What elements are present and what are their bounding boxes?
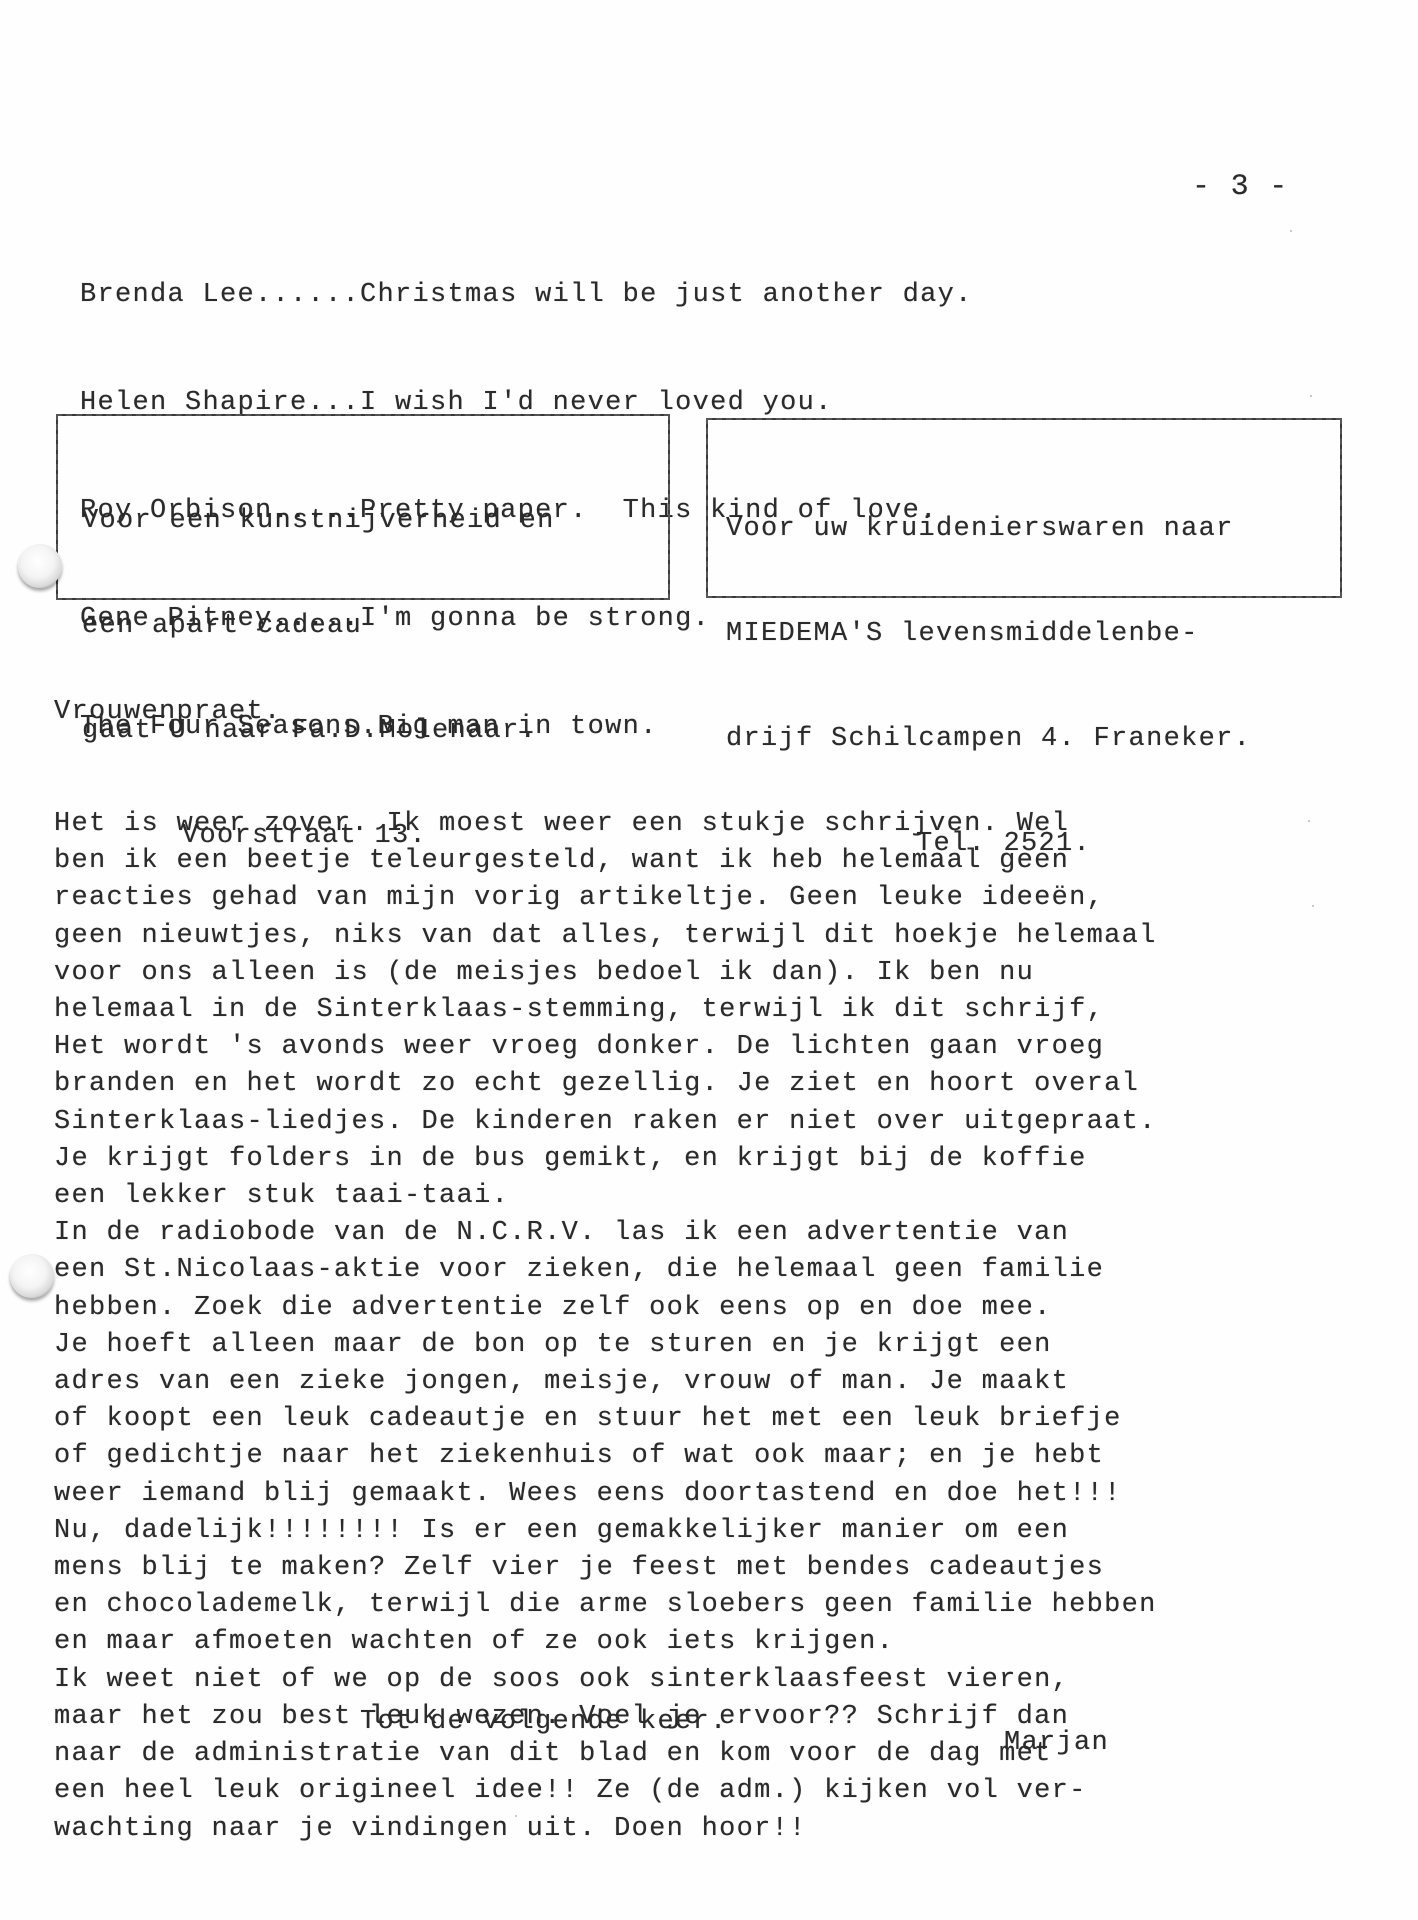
article-body: Het is weer zover. Ik moest weer een stu… (54, 806, 1157, 1848)
article-line: Ik weet niet of we op de soos ook sinter… (54, 1662, 1157, 1699)
advertisement-molenaar: Voor een kunstnijverheid en een apart ca… (56, 414, 670, 600)
article-line: Je krijgt folders in de bus gemikt, en k… (54, 1141, 1157, 1178)
article-line: ben ik een beetje teleurgesteld, want ik… (54, 843, 1157, 880)
article-line: Nu, dadelijk!!!!!!!! Is er een gemakkeli… (54, 1513, 1157, 1550)
typewritten-page: - 3 - Brenda Lee......Christmas will be … (0, 0, 1418, 1920)
article-line: Het wordt 's avonds weer vroeg donker. D… (54, 1029, 1157, 1066)
paper-speck (515, 1815, 517, 1817)
article-line: In de radiobode van de N.C.R.V. las ik e… (54, 1215, 1157, 1252)
punch-hole (18, 544, 62, 588)
article-line: branden en het wordt zo echt gezellig. J… (54, 1066, 1157, 1103)
article-line: helemaal in de Sinterklaas-stemming, ter… (54, 992, 1157, 1029)
paper-speck (1312, 905, 1314, 907)
article-line: of koopt een leuk cadeautje en stuur het… (54, 1401, 1157, 1438)
article-title: Vrouwenpraet. (54, 694, 1157, 731)
article-line: wachting naar je vindingen uit. Doen hoo… (54, 1811, 1157, 1848)
signature: Marjan (1004, 1728, 1109, 1758)
article-line: geen nieuwtjes, niks van dat alles, terw… (54, 918, 1157, 955)
advertisement-miedema: Voor uw kruidenierswaren naar MIEDEMA'S … (706, 418, 1342, 598)
article-line: en chocolademelk, terwijl die arme sloeb… (54, 1587, 1157, 1624)
ad-line: Voor uw kruidenierswaren naar (726, 512, 1251, 547)
paper-speck (1290, 230, 1292, 232)
article-line: of gedichtje naar het ziekenhuis of wat … (54, 1438, 1157, 1475)
article-line: hebben. Zoek die advertentie zelf ook ee… (54, 1290, 1157, 1327)
article-line: naar de administratie van dit blad en ko… (54, 1736, 1157, 1773)
article-line: adres van een zieke jongen, meisje, vrou… (54, 1364, 1157, 1401)
closing-line: Tot de volgende keer. (360, 1707, 728, 1737)
article-line: mens blij te maken? Zelf vier je feest m… (54, 1550, 1157, 1587)
article-line: een heel leuk origineel idee!! Ze (de ad… (54, 1773, 1157, 1810)
paper-speck (1310, 395, 1312, 397)
article-line: voor ons alleen is (de meisjes bedoel ik… (54, 955, 1157, 992)
ad-line: Voor een kunstnijverheid en (82, 504, 555, 539)
page-number: - 3 - (1192, 170, 1289, 204)
article-line: Sinterklaas-liedjes. De kinderen raken e… (54, 1104, 1157, 1141)
article-line: Het is weer zover. Ik moest weer een stu… (54, 806, 1157, 843)
paper-speck (1308, 820, 1310, 822)
punch-hole (10, 1254, 54, 1298)
article-line: en maar afmoeten wachten of ze ook iets … (54, 1624, 1157, 1661)
article-line: een St.Nicolaas-aktie voor zieken, die h… (54, 1252, 1157, 1289)
article-line: een lekker stuk taai-taai. (54, 1178, 1157, 1215)
article-line: weer iemand blij gemaakt. Wees eens door… (54, 1476, 1157, 1513)
article-line: reacties gehad van mijn vorig artikeltje… (54, 880, 1157, 917)
song-item: Brenda Lee......Christmas will be just a… (80, 277, 973, 313)
article-line: Je hoeft alleen maar de bon op te sturen… (54, 1327, 1157, 1364)
